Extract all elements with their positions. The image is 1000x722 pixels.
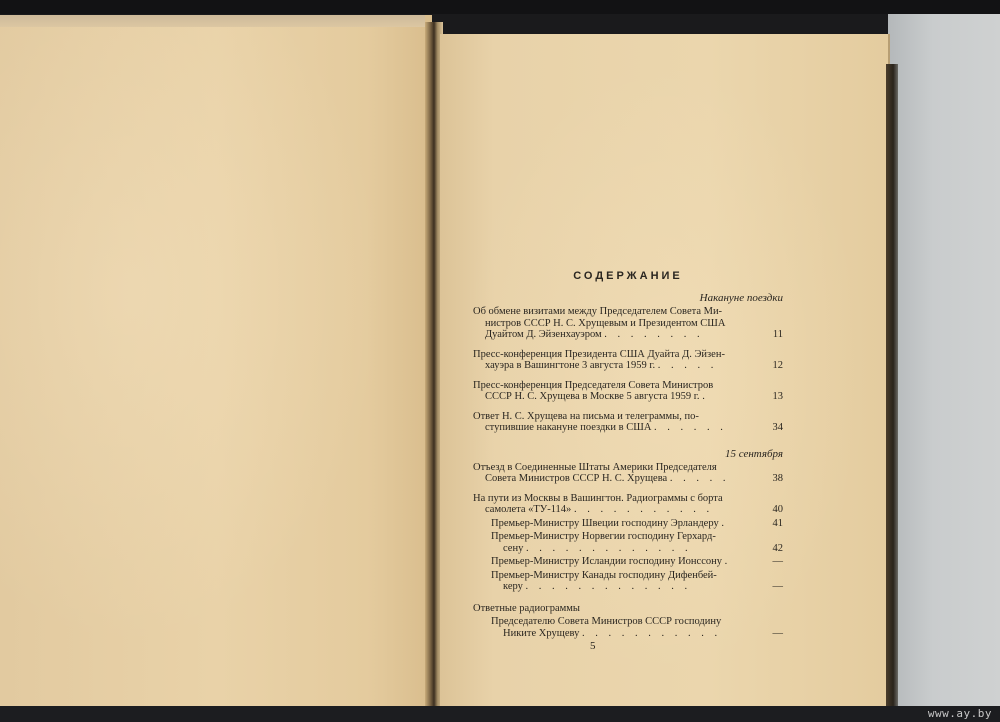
scan-bottom-border bbox=[0, 706, 1000, 722]
scan-background bbox=[888, 14, 1000, 706]
page-ref: 40 bbox=[759, 504, 783, 516]
toc-entry: На пути из Москвы в Вашингтон. Радиограм… bbox=[473, 493, 783, 516]
toc-sub-entry: Премьер-Министру Исландии господину Ионс… bbox=[473, 556, 783, 568]
page-ref: 42 bbox=[759, 543, 783, 555]
page-ref: 34 bbox=[759, 422, 783, 434]
page-ref: 13 bbox=[759, 391, 783, 403]
section-heading: 15 сентября bbox=[473, 448, 783, 460]
toc-entry: Ответ Н. С. Хрущева на письма и телеграм… bbox=[473, 411, 783, 434]
page-ref: 12 bbox=[759, 360, 783, 372]
watermark: www.ay.by bbox=[928, 706, 992, 722]
section-heading: Накануне поездки bbox=[473, 292, 783, 304]
page-ref: — bbox=[759, 581, 783, 593]
toc-entry: Пресс-конференция Президента США Дуайта … bbox=[473, 349, 783, 372]
page-ref: 41 bbox=[759, 518, 783, 530]
toc-entry: Пресс-конференция Председателя Совета Ми… bbox=[473, 380, 783, 403]
page-ref: 11 bbox=[759, 329, 783, 341]
page-ref: — bbox=[759, 628, 783, 640]
toc-sub-entry: Премьер-Министру Швеции господину Эрланд… bbox=[473, 518, 783, 530]
book-cover-edge bbox=[886, 64, 898, 707]
page-ref: — bbox=[759, 556, 783, 568]
toc-sub-entry: Премьер-Министру Норвегии господину Герх… bbox=[473, 531, 783, 554]
toc-sub-entry: Премьер-Министру Канады господину Дифенб… bbox=[473, 570, 783, 593]
page-number: 5 bbox=[590, 640, 596, 652]
toc-entry: Отъезд в Соединенные Штаты Америки Предс… bbox=[473, 462, 783, 485]
table-of-contents: СОДЕРЖАНИЕ Накануне поездки Об обмене ви… bbox=[473, 270, 783, 641]
toc-entry: Об обмене визитами между Председателем С… bbox=[473, 306, 783, 341]
left-page-top-edge bbox=[0, 15, 425, 27]
left-page-blank bbox=[0, 15, 432, 707]
page-ref: 38 bbox=[759, 473, 783, 485]
group-label: Ответные радиограммы bbox=[473, 603, 783, 615]
scan-top-border bbox=[0, 0, 1000, 14]
toc-sub-entry: Председателю Совета Министров СССР госпо… bbox=[473, 616, 783, 639]
toc-title: СОДЕРЖАНИЕ bbox=[473, 270, 783, 282]
